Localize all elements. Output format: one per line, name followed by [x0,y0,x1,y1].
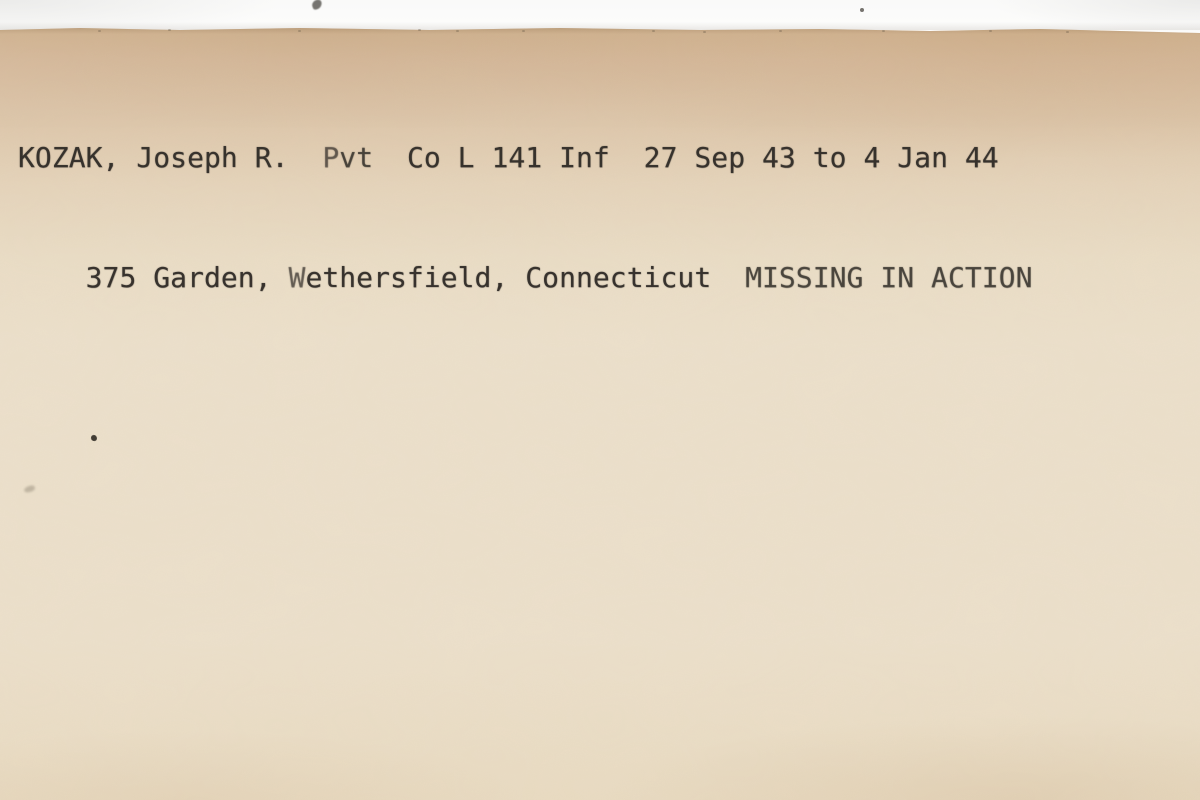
typed-segment: W [289,261,306,294]
typed-segment [289,141,323,174]
typed-segment: MISSING IN ACTION [745,261,1032,294]
typed-segment: vt [339,141,373,174]
scanner-background: KOZAK, Joseph R. Pvt Co L 141 Inf 27 Sep… [0,0,1200,800]
typed-segment: ethersfield, Connecticut [305,261,711,294]
typed-segment: KOZAK, Joseph R. [18,141,289,174]
typed-segment [610,141,644,174]
typed-text-block: KOZAK, Joseph R. Pvt Co L 141 Inf 27 Sep… [18,58,1033,378]
typed-segment: Co L 141 Inf [407,141,610,174]
top-edge-smudge [311,0,323,10]
typed-segment: P [322,141,339,174]
index-card: KOZAK, Joseph R. Pvt Co L 141 Inf 27 Sep… [0,0,1200,800]
typed-line-address-status: 375 Garden, Wethersfield, Connecticut MI… [18,258,1033,298]
typed-segment: 375 Garden, [86,261,289,294]
typed-segment [373,141,407,174]
top-edge-speck [860,8,864,12]
typed-segment [711,261,745,294]
typed-line-service-record: KOZAK, Joseph R. Pvt Co L 141 Inf 27 Sep… [18,138,1033,178]
typed-segment: 27 Sep 43 to 4 Jan 44 [644,141,999,174]
typed-segment [18,261,86,294]
